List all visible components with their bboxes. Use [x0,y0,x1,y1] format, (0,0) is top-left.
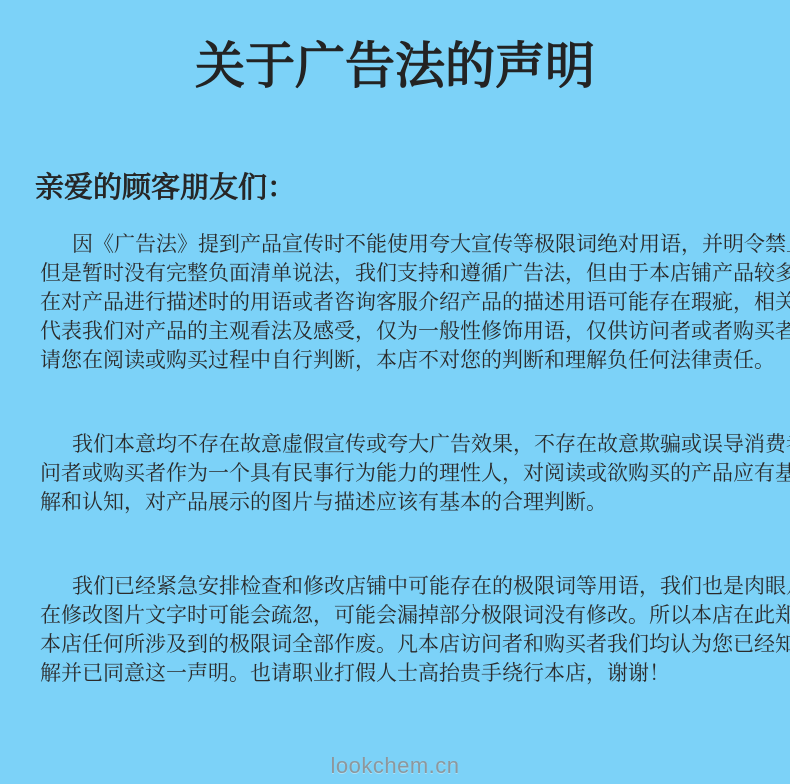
paragraph-3: 我们已经紧急安排检查和修改店铺中可能存在的极限词等用语，我们也是肉眼凡胎 在修改… [40,572,748,688]
text-line: 解并已同意这一声明。也请职业打假人士高抬贵手绕行本店，谢谢！ [40,659,748,688]
text-line: 问者或购买者作为一个具有民事行为能力的理性人，对阅读或欲购买的产品应有基本的了 [40,459,748,488]
text-line: 我们已经紧急安排检查和修改店铺中可能存在的极限词等用语，我们也是肉眼凡胎 [40,572,748,601]
text-line: 我们本意均不存在故意虚假宣传或夸大广告效果，不存在故意欺骗或误导消费者，访 [40,430,748,459]
text-line: 在修改图片文字时可能会疏忽，可能会漏掉部分极限词没有修改。所以本店在此郑重声明 [40,601,748,630]
text-line: 在对产品进行描述时的用语或者咨询客服介绍产品的描述用语可能存在瑕疵，相关描述只 [40,288,748,317]
text-line: 因《广告法》提到产品宣传时不能使用夸大宣传等极限词绝对用语，并明令禁止使用 [40,230,748,259]
text-line: 本店任何所涉及到的极限词全部作废。凡本店访问者和购买者我们均认为您已经知道、理 [40,630,748,659]
text-line: 但是暂时没有完整负面清单说法，我们支持和遵循广告法，但由于本店铺产品较多，我们 [40,259,748,288]
text-line: 解和认知，对产品展示的图片与描述应该有基本的合理判断。 [40,488,748,517]
salutation: 亲爱的顾客朋友们： [35,170,296,206]
text-line: 请您在阅读或购买过程中自行判断，本店不对您的判断和理解负任何法律责任。 [40,346,748,375]
advertising-law-statement-page: 关于广告法的声明 亲爱的顾客朋友们： 因《广告法》提到产品宣传时不能使用夸大宣传… [0,0,790,784]
text-line: 代表我们对产品的主观看法及感受，仅为一般性修饰用语，仅供访问者或者购买者参考 [40,317,748,346]
page-title: 关于广告法的声明 [0,38,790,94]
paragraph-2: 我们本意均不存在故意虚假宣传或夸大广告效果，不存在故意欺骗或误导消费者，访 问者… [40,430,748,517]
paragraph-1: 因《广告法》提到产品宣传时不能使用夸大宣传等极限词绝对用语，并明令禁止使用 但是… [40,230,748,375]
lookchem-watermark: lookchem.cn [0,754,790,778]
